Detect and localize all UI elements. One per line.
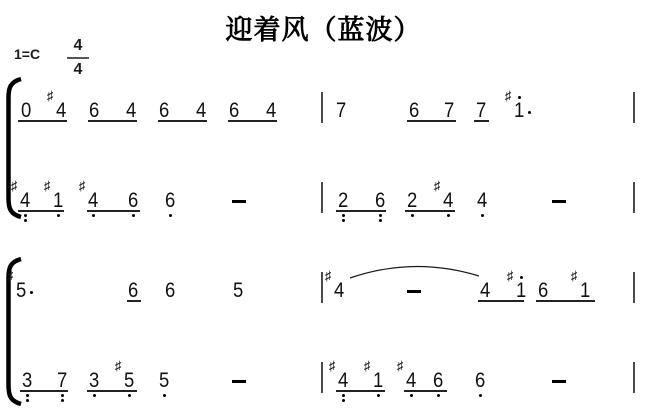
octave-dot-below xyxy=(479,394,482,397)
sharp-icon: ♯ xyxy=(115,361,122,371)
sharp-icon: ♯ xyxy=(571,271,578,281)
barline xyxy=(321,272,323,303)
note: 6 xyxy=(229,102,241,120)
note-digit: 1 xyxy=(53,192,63,210)
beam-underline xyxy=(536,300,595,302)
octave-dot-below xyxy=(61,399,64,402)
note-digit: 6 xyxy=(165,282,175,300)
beam-underline xyxy=(404,390,447,392)
note-digit: 2 xyxy=(338,192,348,210)
note-digit: 6 xyxy=(229,102,239,120)
note: 6 xyxy=(128,282,140,300)
beam-underline xyxy=(228,120,277,122)
sharp-icon: ♯ xyxy=(7,271,14,281)
sharp-icon: ♯ xyxy=(397,361,404,371)
note-digit: 4 xyxy=(20,192,30,210)
octave-dot-below xyxy=(132,214,135,217)
note: 6 xyxy=(165,192,177,210)
octave-dot-below xyxy=(342,214,345,217)
note-digit: 6 xyxy=(375,192,385,210)
note-digit: 4 xyxy=(88,192,98,210)
note-digit: 4 xyxy=(443,192,453,210)
note-digit: 1 xyxy=(516,282,526,300)
note-digit: 5 xyxy=(16,282,26,300)
sharp-icon: ♯ xyxy=(507,271,514,281)
note: 2 xyxy=(338,192,350,210)
note-digit: 6 xyxy=(538,282,548,300)
note-digit: 6 xyxy=(89,102,99,120)
octave-dot-below xyxy=(57,214,60,217)
sharp-icon: ♯ xyxy=(44,181,51,191)
octave-dot-below xyxy=(379,219,382,222)
note-digit: 6 xyxy=(475,372,485,390)
octave-dot-below xyxy=(128,394,131,397)
dash-note xyxy=(407,290,421,293)
note: 5♯ xyxy=(124,372,136,390)
beam-underline xyxy=(18,210,64,212)
octave-dot-below xyxy=(410,394,413,397)
dash-note xyxy=(232,380,246,383)
sharp-icon: ♯ xyxy=(434,181,441,191)
octave-dot-below xyxy=(92,214,95,217)
note-digit: 4 xyxy=(196,102,206,120)
octave-dot-below xyxy=(379,214,382,217)
beam-underline xyxy=(88,120,137,122)
note: 4 xyxy=(480,282,492,300)
note-digit: 4 xyxy=(266,102,276,120)
note-digit: 6 xyxy=(128,192,138,210)
note-digit: 4 xyxy=(477,192,487,210)
dash-note xyxy=(552,200,566,203)
octave-dot-below xyxy=(26,394,29,397)
sharp-icon: ♯ xyxy=(329,361,336,371)
score: 04♯64646476771♯4♯1♯4♯662624♯45♯6654♯41♯6… xyxy=(0,0,647,410)
note: 5 xyxy=(159,372,171,390)
note: 3 xyxy=(22,372,34,390)
beam-underline xyxy=(474,120,489,122)
beam-underline xyxy=(407,120,456,122)
octave-dot-below xyxy=(61,394,64,397)
octave-dot-below xyxy=(437,394,440,397)
sharp-icon: ♯ xyxy=(11,181,18,191)
note: 4♯ xyxy=(338,372,350,390)
note-digit: 6 xyxy=(165,192,175,210)
beam-underline xyxy=(127,300,141,302)
note: 6 xyxy=(433,372,445,390)
note-digit: 6 xyxy=(433,372,443,390)
note-digit: 1 xyxy=(514,102,524,120)
note: 1♯ xyxy=(373,372,385,390)
octave-dot-below xyxy=(342,399,345,402)
note: 1♯ xyxy=(580,282,592,300)
octave-dot-below xyxy=(93,394,96,397)
note: 6 xyxy=(128,192,140,210)
note: 4♯ xyxy=(56,102,68,120)
note-digit: 1 xyxy=(580,282,590,300)
note: 1♯ xyxy=(514,102,526,120)
sheet-music-page: 迎着风（蓝波） 1=C 4 4 04♯64646476771♯4♯1♯4♯662… xyxy=(0,0,647,410)
sharp-icon: ♯ xyxy=(325,271,332,281)
note: 7 xyxy=(57,372,69,390)
note: 6 xyxy=(375,192,387,210)
note: 6 xyxy=(165,282,177,300)
note: 2 xyxy=(407,192,419,210)
note-digit: 4 xyxy=(334,282,344,300)
barline xyxy=(633,272,635,303)
octave-dot-below xyxy=(26,399,29,402)
beam-underline xyxy=(158,120,207,122)
sharp-icon: ♯ xyxy=(364,361,371,371)
octave-dot-below xyxy=(163,394,166,397)
octave-dot-below xyxy=(342,394,345,397)
augmentation-dot xyxy=(528,111,531,114)
octave-dot-below xyxy=(447,214,450,217)
barline xyxy=(321,182,323,213)
note: 7 xyxy=(444,102,456,120)
octave-dot-below xyxy=(24,219,27,222)
sharp-icon: ♯ xyxy=(79,181,86,191)
barline xyxy=(321,362,323,393)
note: 4 xyxy=(266,102,278,120)
note-digit: 6 xyxy=(159,102,169,120)
beam-underline xyxy=(336,210,386,212)
note: 3 xyxy=(89,372,101,390)
note-digit: 4 xyxy=(480,282,490,300)
note-digit: 4 xyxy=(406,372,416,390)
note: 7 xyxy=(476,102,488,120)
octave-dot-above xyxy=(520,276,523,279)
note: 0 xyxy=(21,102,33,120)
note: 4♯ xyxy=(88,192,100,210)
octave-dot-below xyxy=(169,214,172,217)
note-digit: 7 xyxy=(336,102,346,120)
note-digit: 3 xyxy=(89,372,99,390)
beam-underline xyxy=(87,210,140,212)
dash-note xyxy=(232,200,246,203)
note: 4♯ xyxy=(334,282,346,300)
note-digit: 3 xyxy=(22,372,32,390)
note-digit: 2 xyxy=(407,192,417,210)
note: 6 xyxy=(409,102,421,120)
octave-dot-below xyxy=(342,219,345,222)
note: 4♯ xyxy=(406,372,418,390)
note-digit: 1 xyxy=(373,372,383,390)
dash-note xyxy=(552,380,566,383)
sharp-icon: ♯ xyxy=(47,91,54,101)
note: 6 xyxy=(475,372,487,390)
note: 4♯ xyxy=(20,192,32,210)
note: 6 xyxy=(89,102,101,120)
octave-dot-below xyxy=(377,394,380,397)
note: 6 xyxy=(538,282,550,300)
beam-underline xyxy=(87,390,137,392)
note-digit: 7 xyxy=(57,372,67,390)
note: 6 xyxy=(159,102,171,120)
beam-underline xyxy=(478,300,524,302)
note: 4♯ xyxy=(443,192,455,210)
note: 1♯ xyxy=(516,282,528,300)
sharp-icon: ♯ xyxy=(505,91,512,101)
note: 5♯ xyxy=(16,282,28,300)
note: 4 xyxy=(477,192,489,210)
note-digit: 5 xyxy=(233,282,243,300)
barline xyxy=(633,92,635,123)
beam-underline xyxy=(336,390,385,392)
barline xyxy=(321,92,323,123)
note: 4 xyxy=(196,102,208,120)
octave-dot-below xyxy=(481,214,484,217)
note-digit: 6 xyxy=(409,102,419,120)
beam-underline xyxy=(405,210,455,212)
octave-dot-below xyxy=(24,214,27,217)
note: 1♯ xyxy=(53,192,65,210)
barline xyxy=(633,362,635,393)
note-digit: 4 xyxy=(338,372,348,390)
beam-underline xyxy=(20,390,68,392)
note-digit: 0 xyxy=(21,102,31,120)
note-digit: 5 xyxy=(159,372,169,390)
note: 4 xyxy=(126,102,138,120)
note-digit: 6 xyxy=(128,282,138,300)
note: 7 xyxy=(336,102,348,120)
octave-dot-below xyxy=(411,214,414,217)
barline xyxy=(633,182,635,213)
note-digit: 5 xyxy=(124,372,134,390)
note-digit: 4 xyxy=(56,102,66,120)
note: 5 xyxy=(233,282,245,300)
octave-dot-above xyxy=(518,96,521,99)
note-digit: 7 xyxy=(444,102,454,120)
beam-underline xyxy=(18,120,67,122)
augmentation-dot xyxy=(30,291,33,294)
note-digit: 7 xyxy=(476,102,486,120)
note-digit: 4 xyxy=(126,102,136,120)
